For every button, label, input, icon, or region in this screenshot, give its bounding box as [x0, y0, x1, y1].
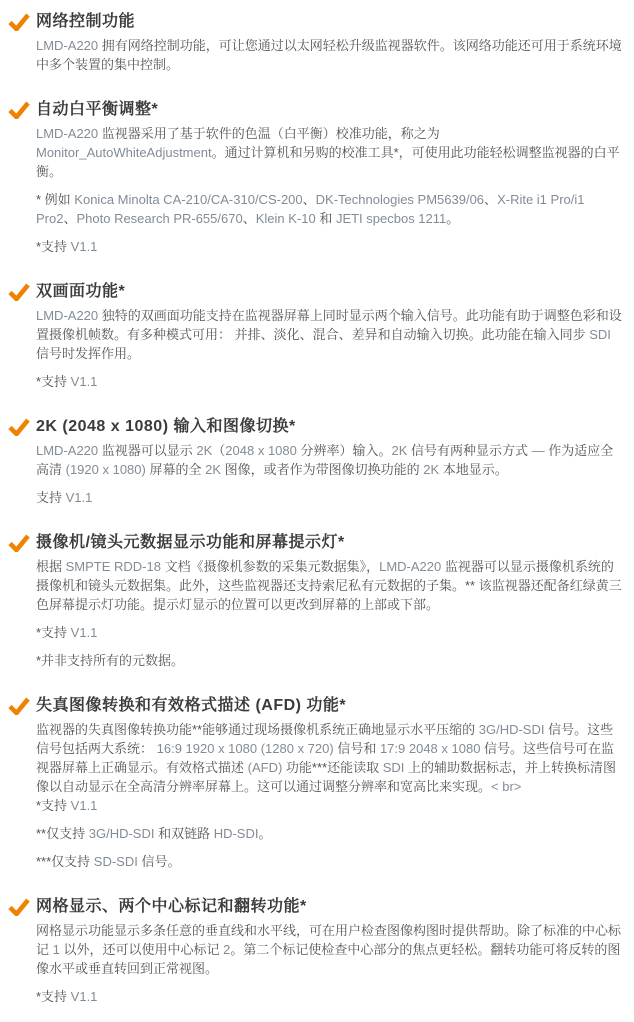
feature-paragraphs: LMD-A220 监视器采用了基于软件的色温（白平衡）校准功能，称之为 Moni… — [36, 124, 624, 256]
cn-text-run: 、 — [303, 192, 316, 207]
cn-text-run: 支持 — [36, 490, 66, 505]
feature-paragraphs: 监视器的失真图像转换功能**能够通过现场摄像机系统正确地显示水平压缩的 3G/H… — [36, 720, 624, 871]
checkmark-icon — [8, 418, 30, 436]
cn-text-run: 和 — [319, 211, 336, 226]
cn-text-run: *支持 — [36, 374, 71, 389]
cn-text-run: 监视器可以显示 — [102, 443, 197, 458]
latin-text-run: SDI — [383, 760, 408, 775]
cn-text-run: **仅支持 — [36, 826, 89, 841]
feature-paragraph: **仅支持 3G/HD-SDI 和双链路 HD-SDI。 — [36, 824, 624, 843]
latin-text-run: Photo Research PR-655/670 — [76, 211, 242, 226]
feature-paragraph: 支持 V1.1 — [36, 488, 624, 507]
latin-text-run: LMD-A220 — [36, 443, 102, 458]
cn-text-run: 、 — [484, 192, 497, 207]
cn-text-run: 和双链路 — [158, 826, 214, 841]
latin-text-run: HD-SDI — [214, 826, 259, 841]
cn-text-run: 根据 — [36, 559, 66, 574]
feature-paragraphs: 网格显示功能显示多条任意的垂直线和水平线，可在用户检查图像构图时提供帮助。除了标… — [36, 921, 624, 1006]
feature-heading: 2K (2048 x 1080) 输入和图像切换* — [36, 417, 624, 436]
cn-text-run: *支持 — [36, 989, 71, 1004]
cn-text-run: 独特的双画面功能支持在监视器屏幕上同时显示两个输入信号。此功能有助于调整色彩和设… — [36, 308, 622, 342]
latin-text-run: 2K — [205, 462, 225, 477]
latin-text-run: V1.1 — [71, 798, 98, 813]
cn-text-run: 拥有网络控制功能，可让您通过以太网轻松升级监视器软件。该网络功能还可用于系统环境… — [36, 38, 622, 72]
feature-heading: 网格显示、两个中心标记和翻转功能* — [36, 897, 624, 916]
latin-text-run: < br> — [491, 779, 521, 794]
feature-paragraph: ***仅支持 SD-SDI 信号。 — [36, 852, 624, 871]
checkmark-icon — [8, 13, 30, 31]
cn-text-run: *支持 — [36, 798, 71, 813]
latin-text-run: SMPTE RDD-18 — [66, 559, 165, 574]
checkmark-icon — [8, 898, 30, 916]
feature-paragraph: 网格显示功能显示多条任意的垂直线和水平线，可在用户检查图像构图时提供帮助。除了标… — [36, 921, 624, 978]
cn-text-run: 信号。 — [141, 854, 180, 869]
cn-text-run: 功能***还能读取 — [286, 760, 383, 775]
cn-text-run: 、 — [243, 211, 256, 226]
latin-text-run: 1 — [53, 942, 64, 957]
feature-paragraph: 监视器的失真图像转换功能**能够通过现场摄像机系统正确地显示水平压缩的 3G/H… — [36, 720, 624, 815]
feature-paragraph: LMD-A220 监视器可以显示 2K（2048 x 1080 分辨率）输入。2… — [36, 441, 624, 479]
checkmark-icon — [8, 697, 30, 715]
cn-text-run: 信号有两种显示方式 — [411, 443, 532, 458]
feature-section: 网格显示、两个中心标记和翻转功能* 网格显示功能显示多条任意的垂直线和水平线，可… — [8, 897, 624, 1006]
latin-text-run: (AFD) — [248, 760, 286, 775]
latin-text-run: Klein K-10 — [256, 211, 320, 226]
feature-heading: 双画面功能* — [36, 282, 624, 301]
cn-text-run: 、 — [63, 211, 76, 226]
feature-paragraph: LMD-A220 监视器采用了基于软件的色温（白平衡）校准功能，称之为 Moni… — [36, 124, 624, 181]
feature-paragraphs: LMD-A220 独特的双画面功能支持在监视器屏幕上同时显示两个输入信号。此功能… — [36, 306, 624, 391]
latin-text-run: SDI — [589, 327, 611, 342]
latin-text-run: Konica Minolta CA-210/CA-310/CS-200 — [74, 192, 302, 207]
feature-paragraph: 根据 SMPTE RDD-18 文档《摄像机参数的采集元数据集》，LMD-A22… — [36, 557, 624, 614]
feature-paragraph: *支持 V1.1 — [36, 372, 624, 391]
latin-text-run: V1.1 — [71, 239, 98, 254]
cn-text-run: 本地显示。 — [443, 462, 508, 477]
cn-text-run: *并非支持所有的元数据。 — [36, 653, 184, 668]
latin-text-run: (1920 x 1080) — [66, 462, 150, 477]
cn-text-run: 分辨率）输入。 — [300, 443, 391, 458]
latin-text-run: 2K — [423, 462, 443, 477]
feature-paragraph: *支持 V1.1 — [36, 623, 624, 642]
checkmark-icon — [8, 283, 30, 301]
latin-text-run: 17:9 2048 x 1080 — [380, 741, 484, 756]
latin-text-run: 16:9 1920 x 1080 (1280 x 720) — [157, 741, 338, 756]
feature-paragraphs: 根据 SMPTE RDD-18 文档《摄像机参数的采集元数据集》，LMD-A22… — [36, 557, 624, 670]
feature-paragraph: * 例如 Konica Minolta CA-210/CA-310/CS-200… — [36, 190, 624, 228]
feature-paragraph: LMD-A220 独特的双画面功能支持在监视器屏幕上同时显示两个输入信号。此功能… — [36, 306, 624, 363]
cn-text-run: *支持 — [36, 625, 71, 640]
cn-text-run: ***仅支持 — [36, 854, 94, 869]
latin-text-run: 2K — [392, 443, 412, 458]
latin-text-run: LMD-A220 — [36, 308, 102, 323]
feature-section: 2K (2048 x 1080) 输入和图像切换* LMD-A220 监视器可以… — [8, 417, 624, 507]
latin-text-run: — — [532, 443, 549, 458]
latin-text-run: 3G/HD-SDI — [479, 722, 548, 737]
latin-text-run: 2048 x 1080 — [225, 443, 300, 458]
feature-paragraphs: LMD-A220 拥有网络控制功能，可让您通过以太网轻松升级监视器软件。该网络功… — [36, 36, 624, 74]
latin-text-run: Monitor_AutoWhiteAdjustment — [36, 145, 212, 160]
feature-list: 网络控制功能 LMD-A220 拥有网络控制功能，可让您通过以太网轻松升级监视器… — [0, 0, 634, 1022]
cn-text-run: *支持 — [36, 239, 71, 254]
cn-text-run: 图像，或者作为带图像切换功能的 — [225, 462, 424, 477]
latin-text-run: LMD-A220 — [379, 559, 445, 574]
latin-text-run: DK-Technologies PM5639/06 — [316, 192, 484, 207]
cn-text-run: 。 — [258, 826, 271, 841]
latin-text-run: SD-SDI — [94, 854, 142, 869]
cn-text-run: 信号时发挥作用。 — [36, 346, 140, 361]
latin-text-run: LMD-A220 — [36, 126, 102, 141]
feature-heading: 自动白平衡调整* — [36, 100, 624, 119]
feature-heading: 摄像机/镜头元数据显示功能和屏幕提示灯* — [36, 533, 624, 552]
feature-heading: 网络控制功能 — [36, 12, 624, 31]
feature-paragraph: *并非支持所有的元数据。 — [36, 651, 624, 670]
feature-section: 摄像机/镜头元数据显示功能和屏幕提示灯* 根据 SMPTE RDD-18 文档《… — [8, 533, 624, 670]
feature-paragraphs: LMD-A220 监视器可以显示 2K（2048 x 1080 分辨率）输入。2… — [36, 441, 624, 507]
cn-text-run: 以外，还可以使用中心标记 — [63, 942, 223, 957]
cn-text-run: 文档《摄像机参数的采集元数据集》， — [165, 559, 380, 574]
latin-text-run: 3G/HD-SDI — [89, 826, 158, 841]
feature-heading: 失真图像转换和有效格式描述 (AFD) 功能* — [36, 696, 624, 715]
latin-text-run: JETI specbos 1211 — [336, 211, 446, 226]
feature-section: 网络控制功能 LMD-A220 拥有网络控制功能，可让您通过以太网轻松升级监视器… — [8, 12, 624, 74]
cn-text-run: 。 — [446, 211, 459, 226]
feature-section: 双画面功能* LMD-A220 独特的双画面功能支持在监视器屏幕上同时显示两个输… — [8, 282, 624, 391]
cn-text-run: 监视器采用了基于软件的色温（白平衡）校准功能，称之为 — [102, 126, 440, 141]
cn-text-run: 监视器的失真图像转换功能**能够通过现场摄像机系统正确地显示水平压缩的 — [36, 722, 479, 737]
feature-section: 自动白平衡调整* LMD-A220 监视器采用了基于软件的色温（白平衡）校准功能… — [8, 100, 624, 256]
cn-text-run: （ — [212, 443, 225, 458]
cn-text-run: * 例如 — [36, 192, 74, 207]
latin-text-run: V1.1 — [71, 374, 98, 389]
latin-text-run: 2K — [196, 443, 212, 458]
feature-paragraph: LMD-A220 拥有网络控制功能，可让您通过以太网轻松升级监视器软件。该网络功… — [36, 36, 624, 74]
checkmark-icon — [8, 101, 30, 119]
cn-text-run: 屏幕的全 — [149, 462, 205, 477]
feature-section: 失真图像转换和有效格式描述 (AFD) 功能* 监视器的失真图像转换功能**能够… — [8, 696, 624, 871]
feature-paragraph: *支持 V1.1 — [36, 987, 624, 1006]
latin-text-run: V1.1 — [66, 490, 93, 505]
latin-text-run: LMD-A220 — [36, 38, 102, 53]
feature-paragraph: *支持 V1.1 — [36, 237, 624, 256]
latin-text-run: V1.1 — [71, 625, 98, 640]
cn-text-run: 信号和 — [337, 741, 380, 756]
checkmark-icon — [8, 534, 30, 552]
latin-text-run: V1.1 — [71, 989, 98, 1004]
